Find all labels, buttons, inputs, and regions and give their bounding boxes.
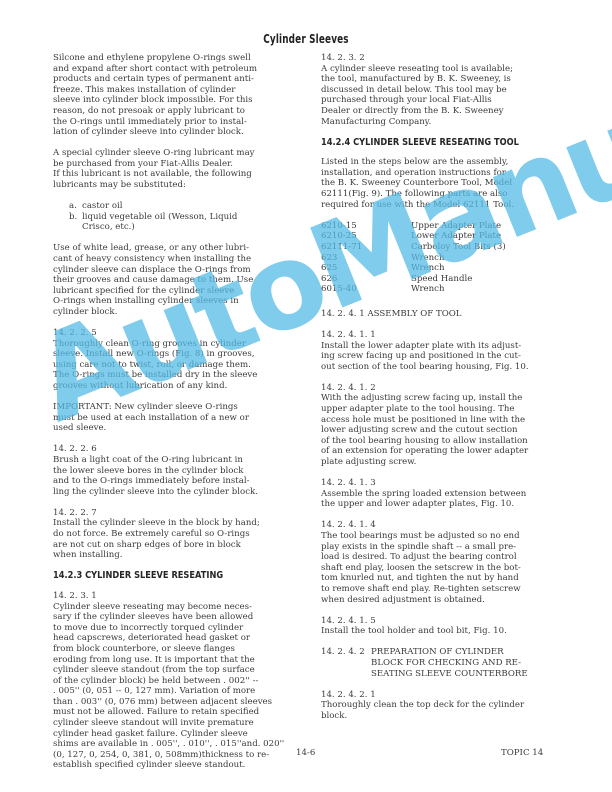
heading-14-2-3: 14.2.3 CYLINDER SLEEVE RESEATING: [53, 571, 270, 582]
parts-row: 6210-25Lower Adapter Plate: [321, 231, 583, 242]
section-number: 14. 2. 4. 1. 2: [321, 383, 583, 394]
list-item: b. liquid vegetable oil (Wesson, Liquid …: [69, 212, 305, 233]
section-number: 14. 2. 2. 5: [53, 328, 305, 339]
section-14-2-4-2-1: 14. 2. 4. 2. 1Thoroughly clean the top d…: [321, 690, 583, 722]
parts-list: 6210-15Upper Adapter Plate 6210-25Lower …: [321, 221, 583, 295]
lubricant-list: a. castor oil b. liquid vegetable oil (W…: [69, 201, 305, 233]
parts-row: 623Wrench: [321, 253, 583, 264]
section-14-2-4-1-4: 14. 2. 4. 1. 4The tool bearings must be …: [321, 520, 583, 605]
section-number: 14. 2. 3. 2: [321, 53, 583, 64]
parts-row: 6210-15Upper Adapter Plate: [321, 221, 583, 232]
section-number: 14. 2. 2. 7: [53, 508, 305, 519]
left-column: Silcone and ethylene propylene O-rings s…: [53, 53, 305, 782]
section-14-2-2-7: 14. 2. 2. 7Install the cylinder sleeve i…: [53, 508, 305, 561]
heading-14-2-4-1: 14. 2. 4. 1 ASSEMBLY OF TOOL: [321, 309, 583, 320]
parts-row: 6015-40Wrench: [321, 284, 583, 295]
section-number: 14. 2. 4. 2: [321, 647, 371, 679]
parts-row: 626Speed Handle: [321, 274, 583, 285]
list-item: a. castor oil: [69, 201, 305, 212]
section-14-2-3-2: 14. 2. 3. 2A cylinder sleeve reseating t…: [321, 53, 583, 127]
heading-14-2-4: 14.2.4 CYLINDER SLEEVE RESEATING TOOL: [321, 138, 546, 149]
section-14-2-2-6: 14. 2. 2. 6Brush a light coat of the O-r…: [53, 444, 305, 497]
parts-row: 62111-71Carboloy Tool Bits (3): [321, 242, 583, 253]
section-number: 14. 2. 4. 1. 3: [321, 478, 583, 489]
right-column: 14. 2. 3. 2A cylinder sleeve reseating t…: [321, 53, 583, 732]
lubricant-paragraph: A special cylinder sleeve O-ring lubrica…: [53, 148, 305, 190]
important-note: IMPORTANT: New cylinder sleeve O-rings m…: [53, 402, 305, 434]
manual-page: Cylinder Sleeves Silcone and ethylene pr…: [0, 0, 612, 792]
intro-paragraph: Silcone and ethylene propylene O-rings s…: [53, 53, 305, 138]
parts-row: 625Wrench: [321, 263, 583, 274]
section-14-2-4-1-3: 14. 2. 4. 1. 3Assemble the spring loaded…: [321, 478, 583, 510]
section-number: 14. 2. 4. 1. 4: [321, 520, 583, 531]
topic-label: TOPIC 14: [501, 748, 543, 759]
section-number: 14. 2. 4. 1. 1: [321, 330, 583, 341]
section-14-2-2-5: 14. 2. 2. 5Thoroughly clean O-ring groov…: [53, 328, 305, 392]
heavy-lubricant-warning: Use of white lead, grease, or any other …: [53, 243, 305, 317]
tool-intro-paragraph: Listed in the steps below are the assemb…: [321, 157, 583, 210]
page-title: Cylinder Sleeves: [55, 34, 557, 45]
section-number: 14. 2. 3. 1: [53, 591, 305, 602]
section-number: 14. 2. 4. 1. 5: [321, 616, 583, 627]
section-number: 14. 2. 4. 2. 1: [321, 690, 583, 701]
page-number: 14-6: [296, 748, 315, 759]
section-14-2-4-1-5: 14. 2. 4. 1. 5Install the tool holder an…: [321, 616, 583, 637]
section-14-2-4-1-2: 14. 2. 4. 1. 2With the adjusting screw f…: [321, 383, 583, 468]
section-14-2-4-1-1: 14. 2. 4. 1. 1Install the lower adapter …: [321, 330, 583, 372]
heading-14-2-4-2: 14. 2. 4. 2 PREPARATION OF CYLINDER BLOC…: [321, 647, 583, 679]
section-14-2-3-1: 14. 2. 3. 1Cylinder sleeve reseating may…: [53, 591, 305, 771]
section-number: 14. 2. 2. 6: [53, 444, 305, 455]
